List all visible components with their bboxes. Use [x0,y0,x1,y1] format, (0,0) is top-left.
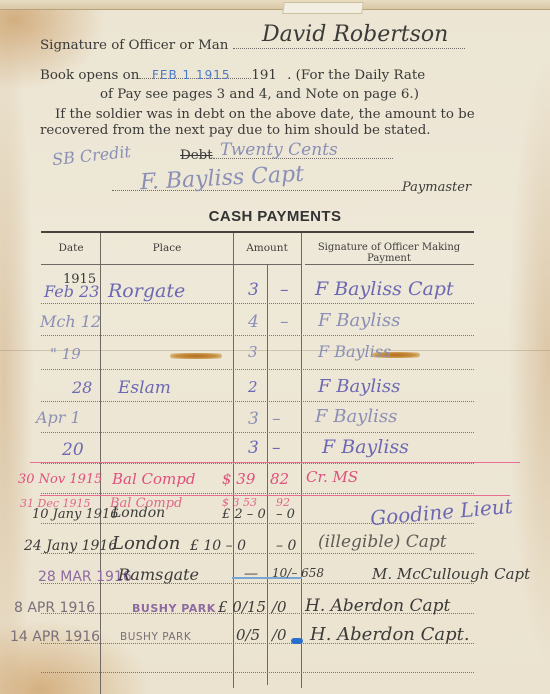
row-date-stamp: 8 APR 1916 [14,600,95,616]
row-place-stamp: BUSHY PARK [132,602,216,615]
col-header-signature: Signature of Officer Making Payment [303,242,475,264]
row-signature: Goodine Lieut [369,494,513,530]
date-stamp: FEB 1 1915 [152,68,231,82]
hdr-underline-amount [234,264,301,265]
row-signature: H. Aberdon Capt [305,596,450,616]
paymaster-label: Paymaster [402,180,471,195]
col-divider-amount-mid [267,265,268,685]
row-amount-b: 82 [270,470,289,488]
row-rule [41,303,474,304]
table-top-rule [41,231,474,233]
row-date: " 19 [50,345,81,363]
soldier-signature: David Robertson [262,22,448,47]
row-date: 10 Jany 1916 [32,507,119,522]
row-place: London [112,533,180,554]
row-amount-a: 3 [248,409,259,429]
col-header-date: Date [41,242,101,254]
row-signature: F Bayliss [318,310,400,331]
page-top-edge [0,0,550,10]
paper-tab [282,2,364,14]
row-signature: F Bayliss Capt [315,278,454,300]
row-place-stamp: BUSHY PARK [120,631,191,643]
row-date: Mch 12 [40,312,101,331]
row-amount-a: 3 [248,438,259,458]
row-place: Eslam [118,378,171,398]
row-amount-b: – [272,409,281,429]
row-rule [41,493,474,494]
row-place: Ramsgate [118,565,199,584]
row-signature: F Bayliss [322,436,409,458]
debt-instruction-1: If the soldier was in debt on the above … [55,107,475,122]
row-place: Rorgate [108,280,185,302]
cash-payments-title: CASH PAYMENTS [0,208,550,225]
book-opens-label: Book opens on [40,68,139,83]
row-place: London [112,505,165,521]
debt-label: Debt [180,148,213,163]
debt-instruction-2: recovered from the next pay due to him s… [40,123,431,138]
row-amount-a: — [244,566,258,582]
book-opens-note-1: . (For the Daily Rate [287,68,425,83]
row-place: Bal Compd [112,470,195,488]
row-rule [41,401,474,402]
row-rule [41,672,474,673]
blue-ink-blot [291,638,303,644]
row-amount-a: £ 10 – 0 [190,538,246,554]
row-rule [41,463,474,464]
book-opens-line: Book opens on191 . (For the Daily Rate [40,68,425,83]
row-date: 28 [72,378,92,397]
row-amount-a: 4 [248,312,259,332]
book-opens-year-prefix: 191 [251,68,277,83]
hdr-underline-signature [305,264,474,265]
row-rule [41,335,474,336]
row-rule [41,369,474,370]
book-opens-note-2: of Pay see pages 3 and 4, and Note on pa… [100,87,419,102]
row-amount-a: £ 0/15 [218,598,266,616]
row-amount-a: £ 2 – 0 [222,507,266,522]
row-amount-b: – [280,312,289,332]
row-date: 30 Nov 1915 [18,472,102,487]
row-signature: F Bayliss [318,376,400,397]
row-date: 24 Jany 1916 [24,538,117,554]
row-date-stamp: 14 APR 1916 [10,629,100,645]
col-divider-amount [301,233,302,688]
row-signature: F Bayliss [315,406,397,427]
fold-crease [0,350,550,351]
hdr-underline-place [101,264,233,265]
row-date: Apr 1 [36,408,81,427]
row-amount-a: 0/5 [236,626,260,644]
row-signature: F Bayliss [318,342,391,361]
row-amount-b: – [280,280,289,300]
col-header-place: Place [101,242,233,254]
row-signature: M. McCullough Capt [372,565,530,583]
row-amount-b: – [272,438,281,458]
row-amount-b: 10/– 658 [272,566,324,580]
debt-value: Twenty Cents [220,140,338,160]
row-amount-a: 3 [248,343,258,361]
row-amount-b: – 0 [276,538,296,554]
row-amount-b: – 0 [276,507,295,522]
row-signature: H. Aberdon Capt. [310,624,470,645]
signature-label: Signature of Officer or Man [40,38,228,53]
row-amount-b: /0 [272,598,287,616]
row-date: Feb 23 [44,282,99,301]
row-signature: (illegible) Capt [318,532,447,552]
row-signature: Cr. MS [306,468,358,486]
rust-stain-left [170,353,222,359]
hdr-underline-date [41,264,101,265]
col-header-amount: Amount [233,242,301,254]
row-rule [41,432,474,433]
row-amount-a: 3 [248,280,259,300]
row-amount-a: 2 [248,378,258,396]
col-divider-place [233,233,234,688]
row-amount-a: $ 39 [222,470,255,488]
pay-book-page: Signature of Officer or Man David Robert… [0,0,550,694]
red-rule-balance-top [30,462,520,463]
credit-annotation: SB Credit [51,142,132,169]
row-date: 20 [62,440,84,460]
row-amount-b: /0 [272,626,287,644]
